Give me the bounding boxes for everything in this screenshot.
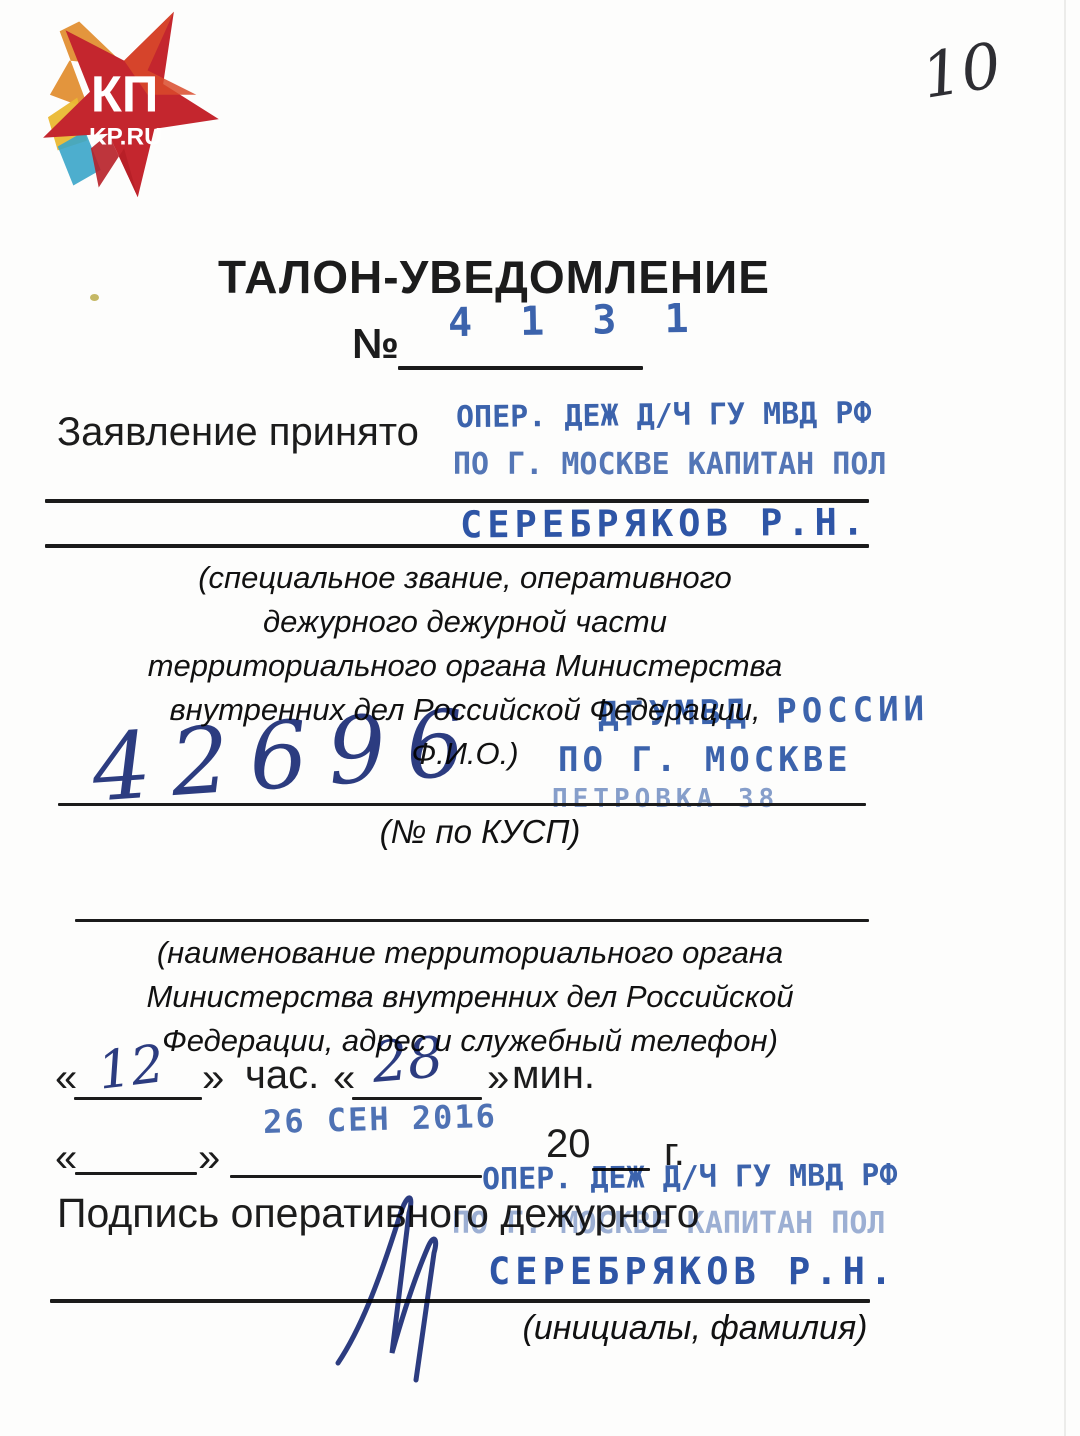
stamp-org-line2: ПО Г. МОСКВЕ	[558, 740, 852, 780]
caption-line: дежурного дежурной части	[60, 600, 870, 644]
caption-org-name: (наименование территориального органа Ми…	[60, 931, 880, 1063]
signature-stroke	[338, 1198, 436, 1380]
minutes-label: мин.	[512, 1053, 595, 1098]
day-underline	[75, 1172, 197, 1175]
caption-initials: (инициалы, фамилия)	[505, 1306, 885, 1350]
handwritten-hours: 12	[95, 1034, 168, 1102]
handwritten-page-number: 10	[917, 28, 1006, 112]
stamp-officer-top-line3: СЕРЕБРЯКОВ Р.Н.	[460, 501, 869, 547]
hours-underline	[74, 1097, 202, 1100]
scan-edge-artifact	[1064, 0, 1066, 1436]
hours-label: час.	[245, 1053, 319, 1098]
caption-line: Федерации, адрес и служебный телефон)	[60, 1019, 880, 1063]
caption-line: Министерства внутренних дел Российской	[60, 975, 880, 1019]
caption-kusp: (№ по КУСП)	[280, 810, 680, 854]
logo-text-sub: KP.RU	[89, 124, 162, 151]
handwritten-minutes: 28	[369, 1025, 446, 1096]
caption-line: территориального органа Министерства	[60, 644, 870, 688]
handwritten-signature	[330, 1195, 505, 1385]
stamp-officer-top-line2: ПО Г. МОСКВЕ КАПИТАН ПОЛ	[453, 447, 886, 482]
quote-open: «	[55, 1136, 77, 1181]
rule-line	[45, 544, 869, 548]
stamp-date: 26 СЕН 2016	[263, 1097, 498, 1141]
stamp-org-line1: ДГУМВД РОССИИ	[598, 689, 930, 735]
date-underline	[230, 1175, 482, 1178]
scan-speck	[90, 294, 99, 301]
logo-text-main: КП	[91, 65, 158, 122]
quote-open: «	[55, 1056, 77, 1101]
stamp-officer-bottom-line2: ПО Г. МОСКВЕ КАПИТАН ПОЛ	[452, 1206, 885, 1241]
quote-open: «	[333, 1056, 355, 1101]
caption-line: (наименование территориального органа	[60, 931, 880, 975]
stamped-document-number: 4 1 3 1	[448, 296, 701, 346]
rule-line	[75, 919, 869, 922]
stamp-officer-top-line1: ОПЕР. ДЕЖ Д/Ч ГУ МВД РФ	[456, 396, 872, 435]
number-underline	[398, 366, 643, 370]
caption-line: (специальное звание, оперативного	[60, 556, 870, 600]
quote-close: »	[198, 1136, 220, 1181]
scanned-document: КП KP.RU 10 ТАЛОН-УВЕДОМЛЕНИЕ № 4 1 3 1 …	[0, 0, 1080, 1436]
quote-close: »	[202, 1056, 224, 1101]
statement-accepted-label: Заявление принято	[57, 410, 419, 455]
stamp-officer-bottom-line3: СЕРЕБРЯКОВ Р.Н.	[488, 1250, 897, 1293]
number-label: №	[352, 320, 399, 368]
kp-ru-logo: КП KP.RU	[28, 2, 228, 207]
quote-close: »	[487, 1056, 509, 1101]
